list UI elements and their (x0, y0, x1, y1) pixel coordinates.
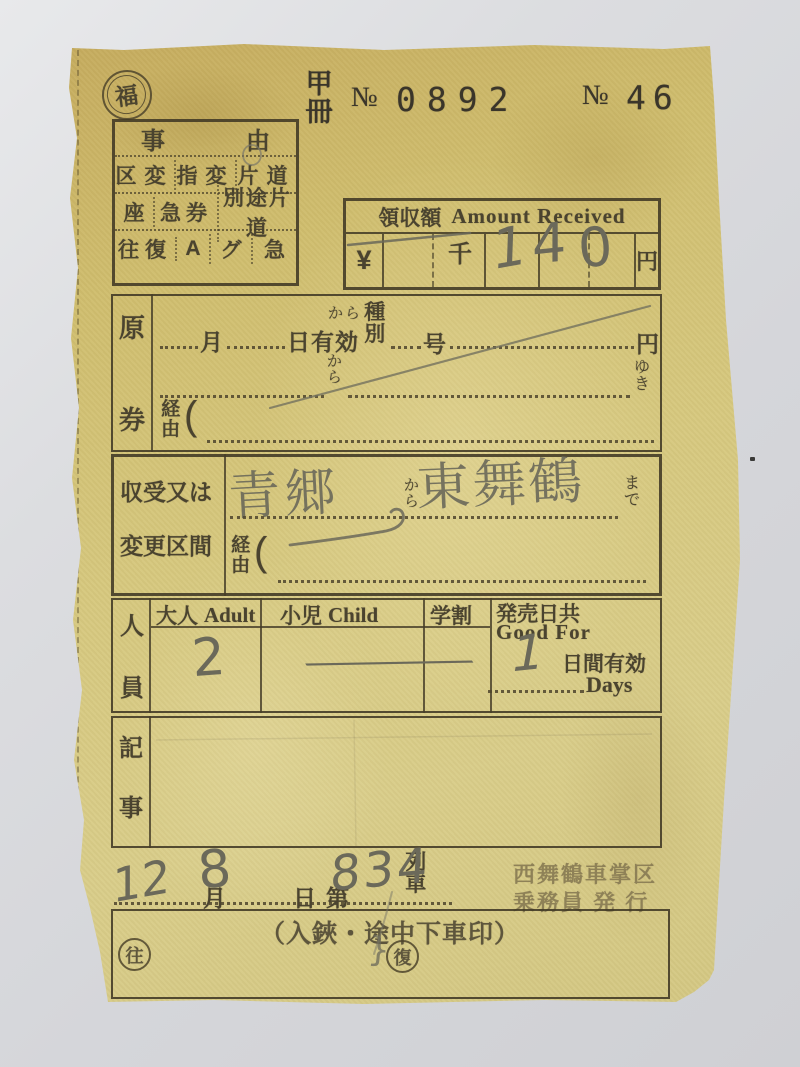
yen-sign: ¥ (356, 245, 371, 275)
reason-row-3: 往復 A グ 急 (115, 229, 296, 266)
reason-cell: 区変 (115, 160, 174, 190)
leader-dots (160, 346, 198, 349)
notes-label-top: 記 (119, 728, 143, 763)
personnel-col-divider (260, 598, 262, 713)
issuing-office: 西舞鶴車掌区 (513, 858, 657, 889)
personnel-label-top: 人 (120, 606, 144, 641)
leader-dots (227, 346, 285, 349)
numero-sign-book: № (351, 82, 378, 114)
child-header-jp: 小児 (280, 600, 322, 630)
adult-header-jp: 大人 (156, 600, 198, 630)
original-label-bottom: 券 (119, 400, 145, 437)
amount-digit-hundreds: 1 (491, 212, 527, 282)
return-stamp: 復 (386, 940, 419, 973)
original-kara-above: から (328, 302, 362, 323)
original-yen-label: 円 (636, 326, 659, 359)
numero-sign-leaf: № (582, 80, 609, 112)
change-made: まで (623, 476, 641, 510)
original-yuki: ゆき (633, 360, 651, 394)
perforation-line (77, 50, 79, 862)
yen-sign-cell: ¥ (346, 245, 382, 276)
amount-digit-units: 0 (576, 215, 615, 280)
reason-cell: A (175, 237, 209, 261)
amount-title-jp: 領収額 (378, 202, 441, 232)
child-header-en: Child (328, 603, 378, 628)
leader-dots (348, 395, 630, 398)
yen-unit-cell: 円 (634, 234, 658, 287)
original-kara-mid: から (326, 354, 343, 386)
leader-dots (391, 346, 421, 349)
change-via-label: 経由 (230, 536, 251, 576)
original-via-paren: ( (184, 394, 197, 439)
reason-row-2: 座 急券 別途片道 (115, 192, 296, 229)
return-stamp-character: 復 (394, 944, 412, 970)
reason-cell: 急券 (153, 197, 217, 227)
original-ticket-label-divider (151, 294, 153, 452)
thousand-label: 千 (448, 234, 472, 269)
volume-label: 甲冊 (304, 70, 334, 127)
reason-cell: 座 (115, 197, 153, 227)
personnel-label-bottom: 員 (120, 668, 144, 703)
handwritten-train-number: 834 (329, 837, 432, 902)
ticket-paper: 福 甲冊 № 0892 № 46 事 由 区変 指変 片道 座 急券 別途片道 (64, 40, 746, 1014)
background-speck (750, 457, 755, 461)
change-label-line2: 変更区間 (120, 528, 212, 561)
notes-box (111, 716, 662, 848)
reason-header-right: 由 (246, 121, 270, 156)
reason-header-left: 事 (141, 121, 165, 156)
outward-stamp: 往 (118, 938, 151, 971)
handwritten-to-station: 東舞鶴 (414, 440, 585, 520)
change-label-divider (224, 454, 226, 596)
reason-header: 事 由 (115, 122, 296, 155)
fuku-stamp-character: 福 (113, 77, 140, 113)
fuku-stamp-outer: 福 (99, 67, 155, 123)
leader-dots (450, 346, 634, 349)
yen-unit: 円 (636, 245, 658, 276)
original-label-top: 原 (119, 308, 145, 345)
leader-dots (278, 580, 646, 583)
adult-header-en: Adult (204, 603, 255, 628)
original-valid-label: 日有効 (287, 324, 359, 357)
change-label-line1: 収受又は (120, 474, 212, 507)
reason-cell: 急 (251, 234, 296, 264)
notes-label-bottom: 事 (119, 788, 143, 823)
reason-cell: 往復 (115, 234, 175, 264)
handwritten-month: 12 (112, 849, 170, 914)
notes-label-divider (149, 716, 151, 848)
thousands-dashed-divider (432, 234, 434, 287)
handwritten-child-dash: — (284, 643, 493, 681)
student-discount-header: 学割 (430, 600, 472, 630)
days-en: Days (586, 672, 632, 698)
handwritten-adult-count: 2 (190, 627, 227, 689)
reason-cell: グ (209, 234, 251, 264)
reason-box: 事 由 区変 指変 片道 座 急券 別途片道 往復 A グ 急 (112, 119, 299, 286)
thousands-cell: 千 (382, 234, 484, 287)
change-via-paren: ( (254, 530, 267, 575)
adult-header: 大人 Adult (156, 600, 255, 630)
handwritten-day: 8 (195, 839, 233, 902)
leaf-serial-number: 46 (626, 78, 680, 117)
personnel-label-divider (149, 598, 151, 713)
amount-digit-tens: 4 (532, 210, 566, 277)
original-month-label: 月 (200, 324, 223, 357)
personnel-col-divider (490, 598, 492, 713)
leader-dots (488, 690, 584, 693)
leader-dots (230, 516, 618, 519)
original-number-label: 号 (423, 326, 446, 359)
photo-of-ticket: 福 甲冊 № 0892 № 46 事 由 区変 指変 片道 座 急券 別途片道 (0, 0, 800, 1067)
leader-dots (207, 440, 654, 443)
original-via-label: 経由 (160, 400, 181, 440)
original-type-label: 種別 (363, 302, 387, 346)
fuku-stamp-inner: 福 (104, 73, 148, 117)
outward-stamp-character: 往 (126, 942, 144, 968)
book-serial-number: 0892 (396, 80, 519, 119)
child-header: 小児 Child (280, 600, 378, 630)
